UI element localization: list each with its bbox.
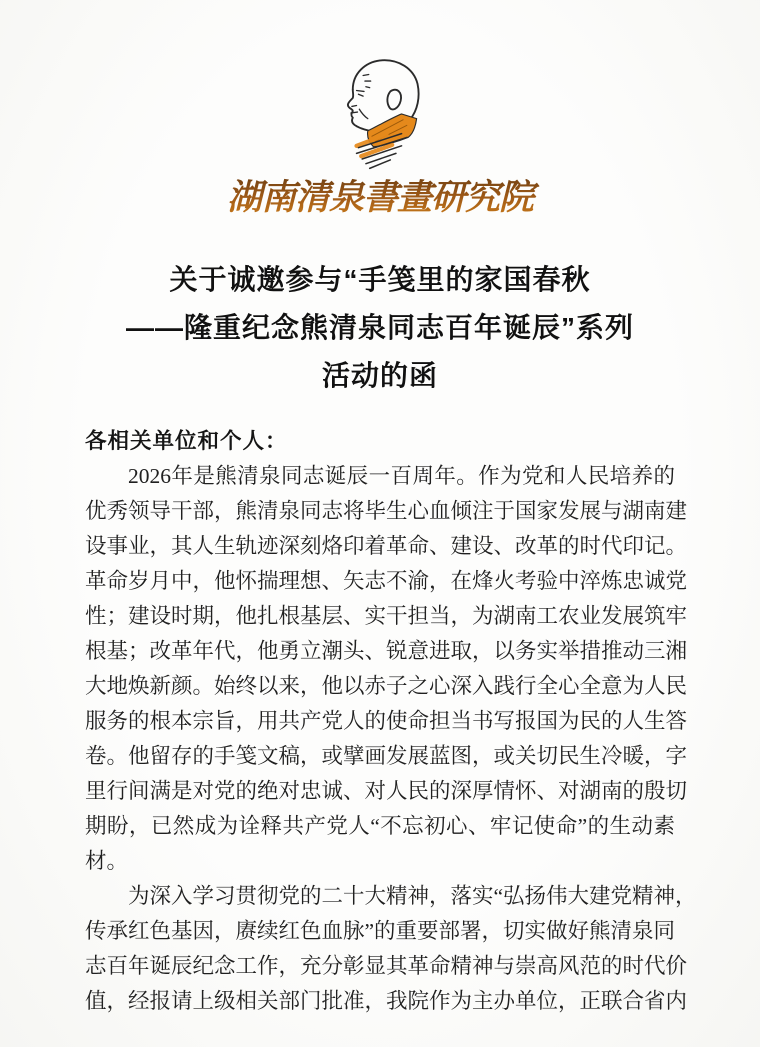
body-line: 革命岁月中，他怀揣理想、矢志不渝，在烽火考验中淬炼忠诚党 — [85, 564, 675, 599]
body-line: 期盼，已然成为诠释共产党人“不忘初心、牢记使命”的生动素 — [85, 809, 675, 844]
body-line: 2026年是熊清泉同志诞辰一百周年。作为党和人民培养的 — [85, 459, 675, 494]
body-line: 为深入学习贯彻党的二十大精神，落实“弘扬伟大建党精神， — [85, 879, 675, 914]
body-line: 服务的根本宗旨，用共产党人的使命担当书写报国为民的人生答 — [85, 704, 675, 739]
letter-title: 关于诚邀参与“手笺里的家国春秋——隆重纪念熊清泉同志百年诞辰”系列活动的函 — [0, 256, 760, 400]
body-line: 里行间满是对党的绝对忠诚、对人民的深厚情怀、对湖南的殷切 — [85, 774, 675, 809]
body-line: 大地焕新颜。始终以来，他以赤子之心深入践行全心全意为人民 — [85, 669, 675, 704]
title-line: 活动的函 — [0, 352, 760, 400]
paragraph: 为深入学习贯彻党的二十大精神，落实“弘扬伟大建党精神，传承红色基因，赓续红色血脉… — [85, 879, 675, 1019]
body-line: 传承红色基因，赓续红色血脉”的重要部署，切实做好熊清泉同 — [85, 914, 675, 949]
body-line: 性；建设时期，他扎根基层、实干担当，为湖南工农业发展筑牢 — [85, 599, 675, 634]
body-paragraphs: 2026年是熊清泉同志诞辰一百周年。作为党和人民培养的优秀领导干部，熊清泉同志将… — [85, 459, 675, 1019]
body-line: 优秀领导干部，熊清泉同志将毕生心血倾注于国家发展与湖南建 — [85, 494, 675, 529]
letter-body: 各相关单位和个人： 2026年是熊清泉同志诞辰一百周年。作为党和人民培养的优秀领… — [85, 424, 675, 1019]
title-line: ——隆重纪念熊清泉同志百年诞辰”系列 — [0, 304, 760, 352]
body-line: 材。 — [85, 844, 675, 879]
portrait-icon — [304, 52, 456, 174]
letter-page: 湖南清泉書畫研究院 关于诚邀参与“手笺里的家国春秋——隆重纪念熊清泉同志百年诞辰… — [0, 0, 760, 1047]
body-line: 值，经报请上级相关部门批准，我院作为主办单位，正联合省内 — [85, 984, 675, 1019]
body-line: 卷。他留存的手笺文稿，或擘画发展蓝图，或关切民生冷暖，字 — [85, 739, 675, 774]
institute-name-calligraphy: 湖南清泉書畫研究院 — [0, 170, 760, 220]
body-line: 设事业，其人生轨迹深刻烙印着革命、建设、改革的时代印记。 — [85, 529, 675, 564]
paragraph: 2026年是熊清泉同志诞辰一百周年。作为党和人民培养的优秀领导干部，熊清泉同志将… — [85, 459, 675, 879]
salutation: 各相关单位和个人： — [85, 424, 675, 459]
title-line: 关于诚邀参与“手笺里的家国春秋 — [0, 256, 760, 304]
body-line: 根基；改革年代，他勇立潮头、锐意进取，以务实举措推动三湘 — [85, 634, 675, 669]
body-line: 志百年诞辰纪念工作，充分彰显其革命精神与崇高风范的时代价 — [85, 949, 675, 984]
